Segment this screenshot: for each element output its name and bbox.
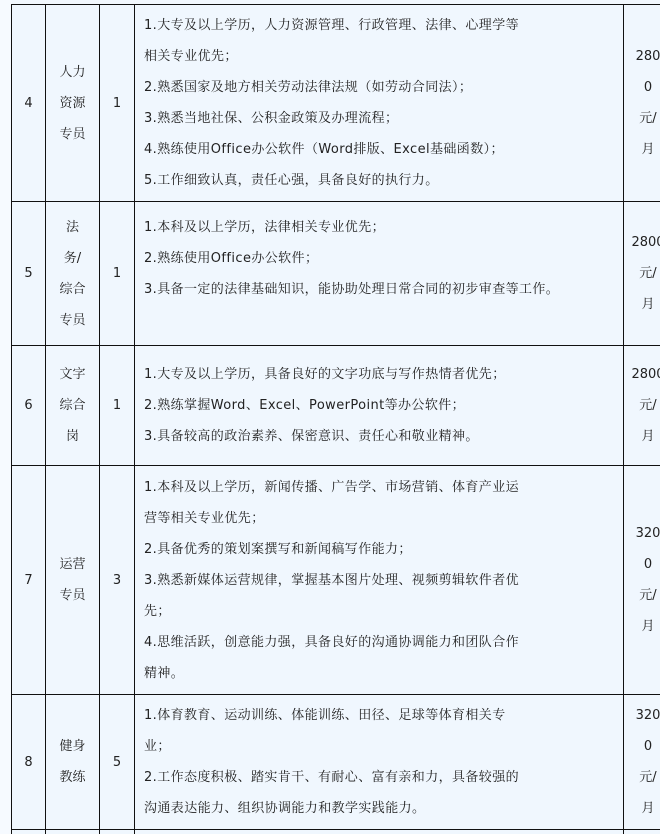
salary-line: 280	[624, 41, 660, 72]
position-title-line: 岗	[46, 421, 99, 452]
requirement-line: 3.具备一定的法律基础知识，能协助处理日常合同的初步审查等工作。	[144, 274, 615, 305]
requirement-line: 精神。	[144, 658, 615, 689]
row-number: 4	[12, 5, 46, 202]
salary-line: 元/	[624, 580, 660, 611]
salary-line: 0	[624, 72, 660, 103]
salary-line: 月	[624, 611, 660, 642]
requirements-list: 1.本科及以上学历，法律相关专业优先；2.熟练使用Office办公软件；3.具备…	[144, 208, 615, 340]
requirement-line: 1.大专及以上学历，具备良好的文字功底与写作热情者优先；	[144, 359, 615, 390]
position-title: 人力资源专员	[46, 5, 100, 202]
position-title-line: 资源	[46, 88, 99, 119]
salary-line: 元/	[624, 762, 660, 793]
salary-line: 元/	[624, 103, 660, 134]
requirement-line: 先；	[144, 596, 615, 627]
headcount: 1	[100, 202, 135, 346]
requirement-line: 3.具备较高的政治素养、保密意识、责任心和敬业精神。	[144, 421, 615, 452]
position-title: 运营专员	[46, 466, 100, 695]
salary-line: 320	[624, 700, 660, 731]
requirement-line: 2.熟练掌握Word、Excel、PowerPoint等办公软件；	[144, 390, 615, 421]
requirements: 1.体育教育、运动训练、体能训练、田径、足球等体育相关专业；2.工作态度积极、踏…	[135, 695, 624, 830]
requirement-line: 1.本科及以上学历，新闻传播、广告学、市场营销、体育产业运	[144, 472, 615, 503]
row-number: 8	[12, 695, 46, 830]
position-title-line: 运营	[46, 549, 99, 580]
requirement-line: 营等相关专业优先；	[144, 503, 615, 534]
requirement-line: 2.具备优秀的策划案撰写和新闻稿写作能力；	[144, 534, 615, 565]
salary-line: 月	[624, 421, 660, 452]
salary-line: 月	[624, 289, 660, 320]
requirement-line: 2.熟悉国家及地方相关劳动法律法规（如劳动合同法）；	[144, 72, 615, 103]
headcount: 1	[100, 346, 135, 466]
position-title-line: 教练	[46, 762, 99, 793]
position-title-line: 综合	[46, 274, 99, 305]
requirement-line	[144, 305, 615, 336]
position-title-line: 文字	[46, 359, 99, 390]
table-row-partial	[12, 830, 660, 834]
requirements: 1.本科及以上学历，法律相关专业优先；2.熟练使用Office办公软件；3.具备…	[135, 202, 624, 346]
salary-line: 月	[624, 793, 660, 824]
salary: 3200元/月	[624, 695, 660, 830]
salary: 2800元/月	[624, 346, 660, 466]
salary-line: 2800	[624, 227, 660, 258]
table-row: 6文字综合岗11.大专及以上学历，具备良好的文字功底与写作热情者优先；2.熟练掌…	[12, 346, 660, 466]
requirements: 1.本科及以上学历，新闻传播、广告学、市场营销、体育产业运营等相关专业优先；2.…	[135, 466, 624, 695]
requirement-line: 4.熟练使用Office办公软件（Word排版、Excel基础函数）；	[144, 134, 615, 165]
salary-line: 元/	[624, 390, 660, 421]
position-title-line: 健身	[46, 731, 99, 762]
position-title-line: 人力	[46, 57, 99, 88]
salary-line: 元/	[624, 258, 660, 289]
row-number: 6	[12, 346, 46, 466]
requirement-line: 相关专业优先；	[144, 41, 615, 72]
requirements-list: 1.大专及以上学历，人力资源管理、行政管理、法律、心理学等相关专业优先；2.熟悉…	[144, 6, 615, 200]
requirements-list: 1.大专及以上学历，具备良好的文字功底与写作热情者优先；2.熟练掌握Word、E…	[144, 355, 615, 456]
position-title: 法务/综合专员	[46, 202, 100, 346]
position-title: 健身教练	[46, 695, 100, 830]
salary-line: 2800	[624, 359, 660, 390]
page-margin	[0, 0, 11, 834]
salary-line: 320	[624, 518, 660, 549]
headcount: 5	[100, 695, 135, 830]
requirement-line: 4.思维活跃，创意能力强，具备良好的沟通协调能力和团队合作	[144, 627, 615, 658]
position-title-line: 专员	[46, 119, 99, 150]
salary: 2800元/月	[624, 5, 660, 202]
requirement-line: 业；	[144, 731, 615, 762]
requirement-line: 5.工作细致认真，责任心强，具备良好的执行力。	[144, 165, 615, 196]
requirement-line: 1.大专及以上学历，人力资源管理、行政管理、法律、心理学等	[144, 10, 615, 41]
headcount: 1	[100, 5, 135, 202]
row-number: 5	[12, 202, 46, 346]
requirement-line: 2.熟练使用Office办公软件；	[144, 243, 615, 274]
table-row: 7运营专员31.本科及以上学历，新闻传播、广告学、市场营销、体育产业运营等相关专…	[12, 466, 660, 695]
requirement-line: 3.熟悉当地社保、公积金政策及办理流程；	[144, 103, 615, 134]
salary: 3200元/月	[624, 466, 660, 695]
position-title-line: 务/	[46, 243, 99, 274]
salary-line: 月	[624, 134, 660, 165]
table-row: 8健身教练51.体育教育、运动训练、体能训练、田径、足球等体育相关专业；2.工作…	[12, 695, 660, 830]
position-title-line: 综合	[46, 390, 99, 421]
job-requirements-table: 4人力资源专员11.大专及以上学历，人力资源管理、行政管理、法律、心理学等相关专…	[11, 4, 660, 834]
requirements-list: 1.体育教育、运动训练、体能训练、田径、足球等体育相关专业；2.工作态度积极、踏…	[144, 696, 615, 828]
salary-line: 0	[624, 731, 660, 762]
position-title-line: 专员	[46, 580, 99, 611]
table-row: 4人力资源专员11.大专及以上学历，人力资源管理、行政管理、法律、心理学等相关专…	[12, 5, 660, 202]
position-title: 文字综合岗	[46, 346, 100, 466]
salary: 2800元/月	[624, 202, 660, 346]
requirement-line: 3.熟悉新媒体运营规律，掌握基本图片处理、视频剪辑软件者优	[144, 565, 615, 596]
requirements-list: 1.本科及以上学历，新闻传播、广告学、市场营销、体育产业运营等相关专业优先；2.…	[144, 468, 615, 693]
requirement-line: 2.工作态度积极、踏实肯干、有耐心、富有亲和力，具备较强的	[144, 762, 615, 793]
requirement-line: 沟通表达能力、组织协调能力和教学实践能力。	[144, 793, 615, 824]
requirements: 1.大专及以上学历，具备良好的文字功底与写作热情者优先；2.熟练掌握Word、E…	[135, 346, 624, 466]
requirement-line: 1.本科及以上学历，法律相关专业优先；	[144, 212, 615, 243]
headcount: 3	[100, 466, 135, 695]
row-number: 7	[12, 466, 46, 695]
requirements: 1.大专及以上学历，人力资源管理、行政管理、法律、心理学等相关专业优先；2.熟悉…	[135, 5, 624, 202]
position-title-line: 法	[46, 212, 99, 243]
requirement-line: 1.体育教育、运动训练、体能训练、田径、足球等体育相关专	[144, 700, 615, 731]
table-row: 5法务/综合专员11.本科及以上学历，法律相关专业优先；2.熟练使用Office…	[12, 202, 660, 346]
salary-line: 0	[624, 549, 660, 580]
position-title-line: 专员	[46, 305, 99, 336]
